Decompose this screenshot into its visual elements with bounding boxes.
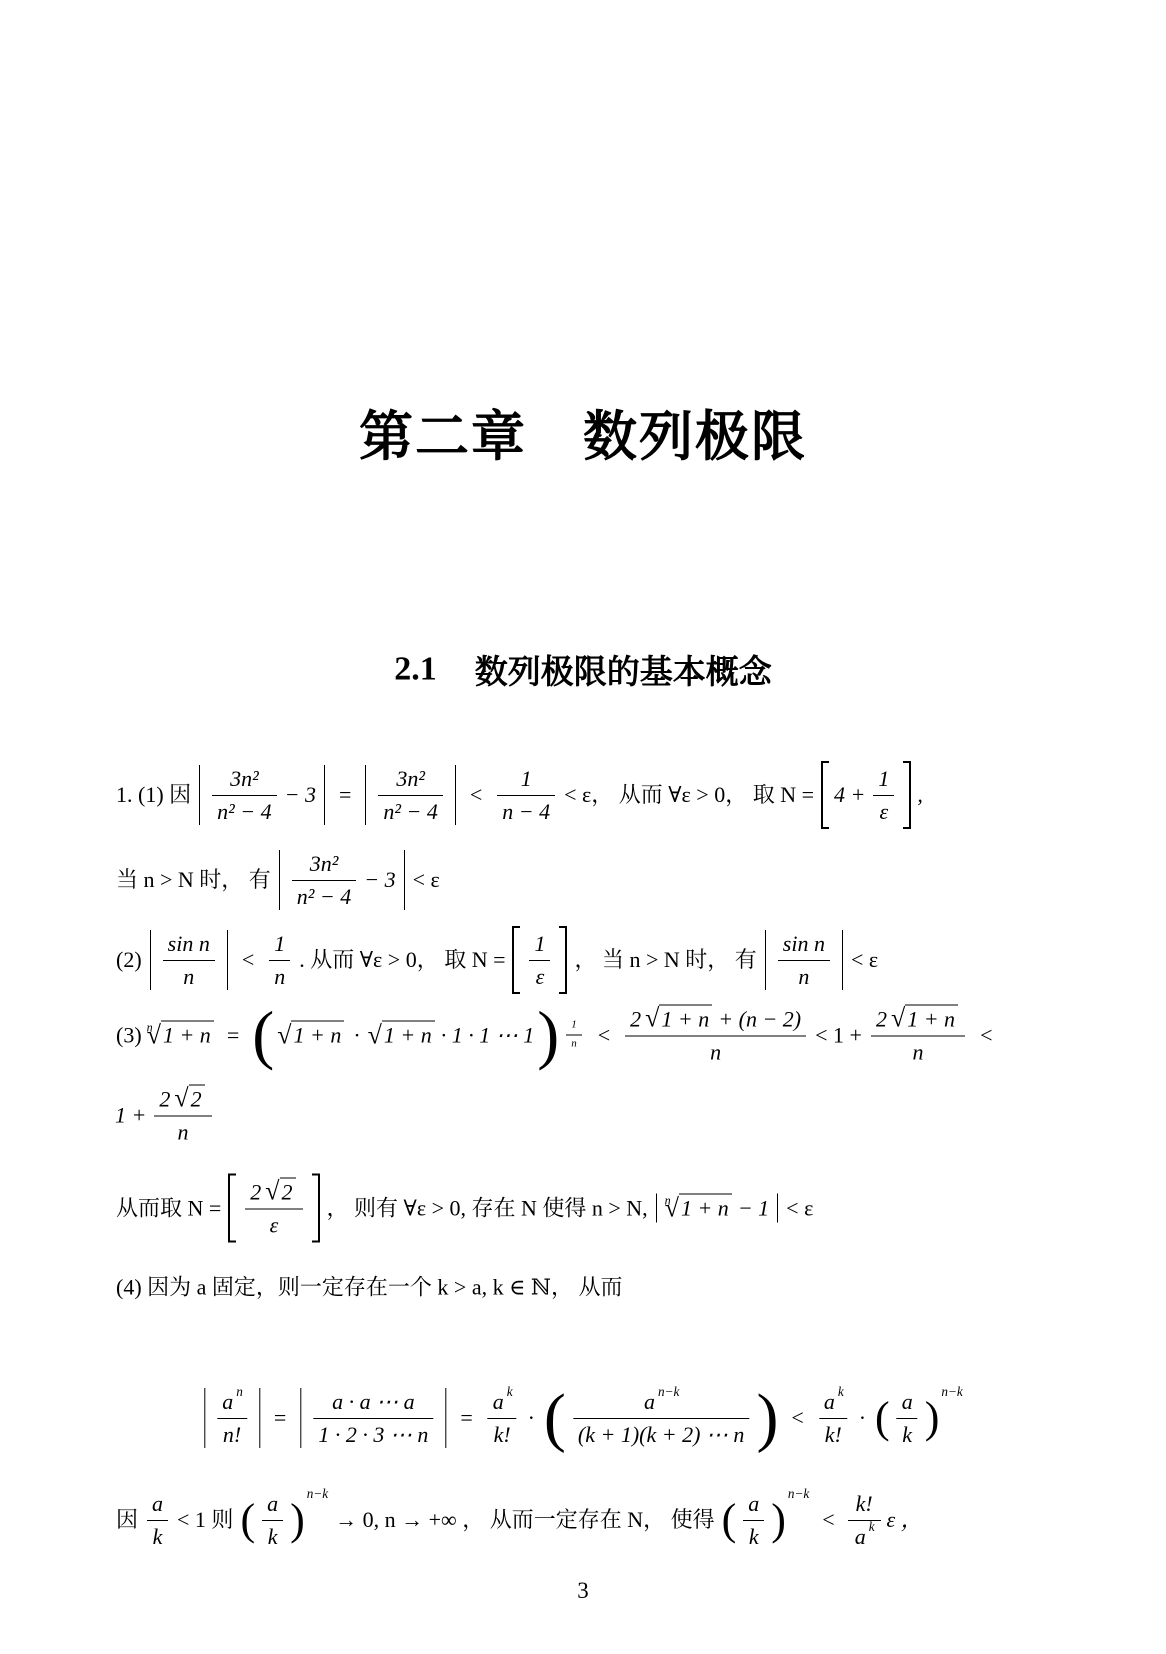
text-run: < ε — [786, 1194, 813, 1222]
text-run: < ε， 从而 ∀ε > 0， 取 N = — [564, 781, 814, 809]
fraction-denominator: ε — [529, 960, 550, 991]
fraction: a k k! — [486, 1388, 519, 1448]
fraction: 1 n — [267, 930, 292, 990]
fraction-numerator: 3n² — [378, 765, 442, 795]
fraction: a k — [145, 1490, 170, 1550]
cdot-sign: · — [528, 1404, 535, 1432]
text-run: < ε — [851, 946, 878, 974]
math-run: 2 — [250, 1178, 261, 1206]
less-than-sign: < — [242, 946, 254, 974]
math-run: a — [855, 1523, 866, 1551]
fraction-denominator: a k — [848, 1520, 881, 1551]
radical-sign-icon: √ — [174, 1086, 188, 1112]
fraction: a · a ⋯ a 1 · 2 · 3 ⋯ n — [311, 1388, 435, 1448]
fraction: 1 ε — [527, 930, 552, 990]
fraction-denominator: n — [154, 1115, 211, 1146]
section-heading: 2.1数列极限的基本概念 — [0, 646, 1166, 693]
radical-sign-icon: √ — [368, 1022, 382, 1048]
sqrt-radical: √ 1 + n — [645, 1005, 714, 1034]
fraction-numerator: 1 — [497, 765, 555, 795]
math-run: 2 — [159, 1085, 170, 1113]
fraction-numerator: sin n — [163, 930, 215, 960]
fraction-denominator: n — [269, 960, 290, 991]
math-run: 1 + — [115, 1101, 146, 1129]
less-than-sign: < — [980, 1021, 992, 1049]
fraction-denominator: k — [743, 1520, 764, 1551]
left-square-bracket — [512, 926, 520, 994]
fraction-denominator: n — [625, 1035, 806, 1066]
fraction: a k — [895, 1388, 920, 1448]
fraction-denominator: n — [778, 960, 830, 991]
solution-line-3: (2) sin n n < 1 n . 从而 ∀ε > 0， 取 N = 1 ε… — [113, 926, 881, 994]
fraction-numerator: 1 — [529, 930, 550, 960]
fraction: k! a k — [848, 1490, 881, 1550]
radical-sign-icon: √ — [645, 1006, 659, 1032]
solution-line-7: (4) 因为 a 固定，则一定存在一个 k > a, k ∈ ℕ， 从而 — [113, 1273, 626, 1301]
text-run: < 1 + — [815, 1021, 862, 1049]
fraction-numerator: 3n² — [292, 850, 356, 880]
less-than-sign: < — [598, 1021, 610, 1049]
fraction: 1 ε — [871, 765, 896, 825]
sqrt-radical: √ 1 + n — [368, 1021, 437, 1050]
fraction: 1 n − 4 — [495, 765, 557, 825]
bracket-group: 4 + 1 ε — [821, 761, 911, 829]
exponent: n−k — [658, 1384, 679, 1401]
fraction-denominator: n — [871, 1035, 965, 1066]
root-index: n — [665, 1193, 671, 1208]
nth-root: n √ 1 + n — [147, 1021, 216, 1050]
fraction-denominator: k — [262, 1520, 283, 1551]
paren-group: ( a k ) n−k — [721, 1490, 811, 1550]
math-run: a — [493, 1388, 504, 1416]
fraction-numerator: a n — [215, 1388, 249, 1418]
fraction: 2 √ 2 ε — [243, 1178, 304, 1239]
math-run: 2 — [876, 1005, 887, 1033]
radicand: 1 + n — [679, 1194, 732, 1223]
text-run: → 0, n → +∞ ， 从而一定存在 N， 使得 — [335, 1506, 714, 1534]
fraction-numerator: 3n² — [212, 765, 276, 795]
less-than-sign: < — [791, 1404, 803, 1432]
fraction-numerator: 2 √ 2 — [152, 1085, 213, 1116]
math-run: 4 + — [834, 781, 865, 809]
math-run: − 1 — [738, 1194, 769, 1222]
cdot-sign: · — [859, 1404, 866, 1432]
less-than-sign: < — [822, 1506, 834, 1534]
fraction-numerator: 2 √ 1 + n — [869, 1005, 967, 1036]
math-run: 2 — [630, 1005, 641, 1033]
solution-line-4: (3) n √ 1 + n = ( √ 1 + n · √ 1 + n · 1 … — [113, 1005, 1001, 1066]
exponent: k — [838, 1384, 844, 1401]
fraction-denominator: 1 · 2 · 3 ⋯ n — [313, 1418, 433, 1449]
fraction-denominator: n² − 4 — [212, 795, 276, 826]
abs-value-group: 3n² n² − 4 — [365, 765, 455, 825]
abs-value-group: n √ 1 + n − 1 — [656, 1194, 779, 1223]
chapter-title: 第二章 数列极限 — [0, 394, 1166, 471]
paren-group: ( a n−k (k + 1)(k + 2) ⋯ n ) — [543, 1388, 780, 1448]
fraction-numerator: 1 — [566, 1018, 582, 1034]
fraction-denominator: (k + 1)(k + 2) ⋯ n — [573, 1418, 750, 1449]
exponent: n−k — [307, 1486, 328, 1503]
radicand: 1 + n — [382, 1021, 435, 1050]
fraction-denominator: k! — [488, 1418, 517, 1449]
less-than-sign: < — [470, 781, 482, 809]
math-run: − 3 — [285, 781, 316, 809]
math-run: , — [917, 781, 923, 809]
fraction-numerator: sin n — [778, 930, 830, 960]
document-page: 第二章 数列极限 2.1数列极限的基本概念 1. (1) 因 3n² n² − … — [0, 0, 1166, 1654]
sqrt-radical: √ 2 — [174, 1085, 206, 1114]
fraction-denominator: n² − 4 — [292, 880, 356, 911]
left-square-bracket — [821, 761, 829, 829]
solution-line-6: 从而取 N = 2 √ 2 ε ， 则有 ∀ε > 0, 存在 N 使得 n >… — [113, 1174, 816, 1243]
equals-sign: = — [227, 1021, 239, 1049]
solution-line-2: 当 n > N 时， 有 3n² n² − 4 − 3 < ε — [113, 850, 443, 910]
fraction: 3n² n² − 4 — [290, 850, 358, 910]
solution-line-9: 因 a k < 1 则 ( a k ) n−k → 0, n → +∞ ， 从而… — [113, 1490, 925, 1550]
item-label: (3) — [116, 1021, 142, 1049]
math-run: − 3 — [364, 866, 395, 894]
exponent: n — [236, 1384, 243, 1401]
text-run: . 从而 ∀ε > 0， 取 N = — [299, 946, 505, 974]
fraction-denominator: k — [147, 1520, 168, 1551]
exponent: k — [507, 1384, 513, 1401]
bracket-content: 1 ε — [520, 926, 559, 994]
root-index: n — [147, 1020, 153, 1035]
cdot-sign: · — [353, 1021, 360, 1049]
paren-group: ( a k ) n−k — [874, 1388, 964, 1448]
sqrt-radical: √ 1 + n — [891, 1005, 960, 1034]
sqrt-radical: √ 1 + n — [277, 1021, 346, 1050]
fraction-denominator: n — [566, 1034, 582, 1051]
text-run: ， 则有 ∀ε > 0, 存在 N 使得 n > N, — [327, 1194, 648, 1222]
math-run: a — [824, 1388, 835, 1416]
bracket-group: 2 √ 2 ε — [228, 1174, 319, 1243]
bracket-content: 2 √ 2 ε — [236, 1174, 311, 1243]
fraction: a k — [741, 1490, 766, 1550]
paren-group: ( a k ) n−k — [239, 1490, 329, 1550]
right-square-bracket — [559, 926, 567, 994]
text-run: 当 n > N 时， 有 — [116, 866, 271, 894]
fraction: 2 √ 1 + n + (n − 2) n — [623, 1005, 808, 1066]
fraction-numerator: a k — [817, 1388, 850, 1418]
fraction-denominator: n! — [217, 1418, 247, 1449]
exponent: n−k — [788, 1486, 809, 1503]
fraction-numerator: a k — [486, 1388, 519, 1418]
radicand: 1 + n — [659, 1005, 712, 1034]
fraction-numerator: a — [743, 1490, 764, 1520]
fraction-denominator: n − 4 — [497, 795, 555, 826]
math-run: a — [222, 1388, 233, 1416]
exponent: 1 n — [562, 1006, 586, 1051]
equals-sign: = — [460, 1404, 472, 1432]
fraction-numerator: 2 √ 1 + n + (n − 2) — [623, 1005, 808, 1036]
math-run: a — [644, 1388, 655, 1416]
fraction-numerator: 1 — [269, 930, 290, 960]
text-run: < ε — [413, 866, 440, 894]
radicand: 2 — [280, 1178, 296, 1207]
abs-value-group: 3n² n² − 4 − 3 — [279, 850, 405, 910]
left-square-bracket — [228, 1174, 236, 1243]
fraction-denominator: k! — [819, 1418, 848, 1449]
abs-value-group: 3n² n² − 4 − 3 — [199, 765, 325, 825]
equals-sign: = — [274, 1404, 286, 1432]
item-label: (2) — [116, 946, 142, 974]
fraction-denominator: n² − 4 — [378, 795, 442, 826]
radical-sign-icon: √ — [891, 1006, 905, 1032]
fraction-numerator: a — [897, 1388, 918, 1418]
fraction-denominator: ε — [245, 1208, 302, 1239]
fraction-numerator: a · a ⋯ a — [313, 1388, 433, 1418]
solution-line-5: 1 + 2 √ 2 n — [113, 1085, 218, 1146]
right-square-bracket — [312, 1174, 320, 1243]
fraction-numerator: k! — [850, 1490, 879, 1520]
equals-sign: = — [339, 781, 351, 809]
fraction: 3n² n² − 4 — [210, 765, 278, 825]
text-run: < 1 则 — [177, 1506, 233, 1534]
fraction-denominator: n — [163, 960, 215, 991]
fraction: a n−k (k + 1)(k + 2) ⋯ n — [571, 1388, 752, 1448]
math-run: · 1 · 1 ⋯ 1 — [441, 1021, 535, 1049]
fraction-numerator: a — [147, 1490, 168, 1520]
fraction: sin n n — [776, 930, 832, 990]
fraction-numerator: a n−k — [571, 1388, 752, 1418]
fraction: 3n² n² − 4 — [376, 765, 444, 825]
radical-sign-icon: √ — [265, 1179, 279, 1205]
sqrt-radical: √ 2 — [265, 1178, 297, 1207]
exponent: n−k — [941, 1384, 962, 1401]
text-run: 1. (1) 因 — [116, 781, 191, 809]
fraction-numerator: a — [262, 1490, 283, 1520]
bracket-content: 4 + 1 ε — [829, 761, 903, 829]
radicand: 2 — [189, 1085, 205, 1114]
fraction: 2 √ 2 n — [152, 1085, 213, 1146]
radicand: 1 + n — [905, 1005, 958, 1034]
radicand: 1 + n — [161, 1021, 214, 1050]
page-number: 3 — [0, 1578, 1166, 1604]
fraction-numerator: 1 — [873, 765, 894, 795]
fraction: sin n n — [161, 930, 217, 990]
fraction-denominator: k — [897, 1418, 918, 1449]
fraction: a k k! — [817, 1388, 850, 1448]
fraction-numerator: 2 √ 2 — [243, 1178, 304, 1209]
solution-line-1: 1. (1) 因 3n² n² − 4 − 3 = 3n² n² − 4 < 1… — [113, 761, 925, 829]
radicand: 1 + n — [291, 1021, 344, 1050]
fraction: a n n! — [215, 1388, 249, 1448]
math-run: ε ， — [887, 1506, 923, 1534]
nth-root: n √ 1 + n — [665, 1194, 734, 1223]
fraction: 1 n — [564, 1018, 584, 1051]
right-square-bracket — [903, 761, 911, 829]
exponent: k — [869, 1519, 875, 1536]
text-run: ， 当 n > N 时， 有 — [574, 946, 756, 974]
abs-value-group: sin n n — [765, 930, 843, 990]
abs-value-group: sin n n — [150, 930, 228, 990]
section-number: 2.1 — [394, 651, 437, 688]
radical-sign-icon: √ — [277, 1022, 291, 1048]
fraction: 2 √ 1 + n n — [869, 1005, 967, 1066]
abs-value-group: a · a ⋯ a 1 · 2 · 3 ⋯ n — [300, 1388, 446, 1448]
text-run: (4) 因为 a 固定，则一定存在一个 k > a, k ∈ ℕ， 从而 — [116, 1273, 623, 1301]
abs-value-group: a n n! — [204, 1388, 260, 1448]
bracket-group: 1 ε — [512, 926, 567, 994]
section-title: 数列极限的基本概念 — [475, 653, 772, 690]
fraction: a k — [260, 1490, 285, 1550]
paren-group: ( √ 1 + n · √ 1 + n · 1 · 1 ⋯ 1 ) 1 n — [251, 1019, 586, 1051]
text-run: 因 — [116, 1506, 138, 1534]
text-run: 从而取 N = — [116, 1194, 221, 1222]
math-run: + (n − 2) — [718, 1005, 801, 1033]
fraction-denominator: ε — [873, 795, 894, 826]
display-equation: a n n! = a · a ⋯ a 1 · 2 · 3 ⋯ n = a k k… — [199, 1388, 966, 1448]
